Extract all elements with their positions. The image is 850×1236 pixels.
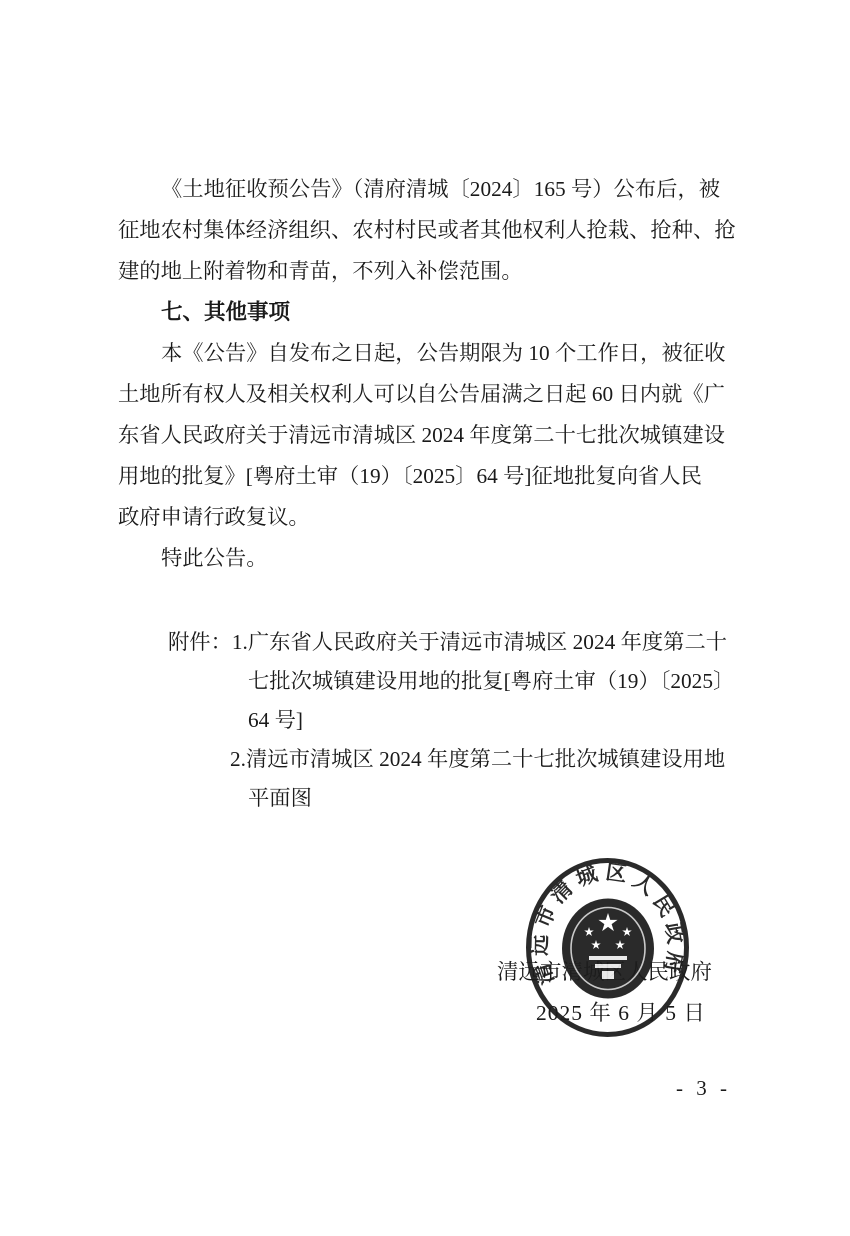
- document-page: 《土地征收预公告》（清府清城〔2024〕165 号）公布后，被 征地农村集体经济…: [0, 0, 850, 1236]
- big-star-icon: [598, 913, 617, 931]
- attachment-item-line: 七批次城镇建设用地的批复[粤府土审（19）〔2025〕: [118, 662, 740, 701]
- body-line: 征地农村集体经济组织、农村村民或者其他权利人抢栽、抢种、抢: [118, 210, 740, 251]
- body-line: 政府申请行政复议。: [118, 497, 740, 538]
- attachment-item-line: 1.广东省人民政府关于清远市清城区 2024 年度第二十: [232, 623, 727, 662]
- small-star-icon: [622, 927, 632, 936]
- document-body: 《土地征收预公告》（清府清城〔2024〕165 号）公布后，被 征地农村集体经济…: [118, 169, 740, 579]
- small-star-icon: [584, 927, 594, 936]
- attachment-label: 附件：: [168, 623, 232, 662]
- small-star-icon: [591, 940, 601, 949]
- small-star-icon: [615, 940, 625, 949]
- closing-line: 特此公告。: [118, 538, 740, 579]
- body-line: 本《公告》自发布之日起，公告期限为 10 个工作日，被征收: [118, 333, 740, 374]
- attachment-row: 附件： 1.广东省人民政府关于清远市清城区 2024 年度第二十: [118, 623, 740, 662]
- attachment-item-line: 2.清远市清城区 2024 年度第二十七批次城镇建设用地: [118, 740, 740, 779]
- body-line: 用地的批复》[粤府土审（19）〔2025〕64 号]征地批复向省人民: [118, 456, 740, 497]
- body-line: 土地所有权人及相关权利人可以自公告届满之日起 60 日内就《广: [118, 374, 740, 415]
- attachment-item-line: 64 号]: [118, 701, 740, 740]
- page-number: - 3 -: [676, 1076, 731, 1101]
- attachment-item-line: 平面图: [118, 779, 740, 818]
- issue-date: 2025 年 6 月 5 日: [536, 996, 706, 1027]
- body-line: 《土地征收预公告》（清府清城〔2024〕165 号）公布后，被: [118, 169, 740, 210]
- issuer-name: 清远市清城区人民政府: [497, 955, 712, 986]
- section-heading: 七、其他事项: [118, 292, 740, 333]
- body-line: 东省人民政府关于清远市清城区 2024 年度第二十七批次城镇建设: [118, 415, 740, 456]
- body-line: 建的地上附着物和青苗，不列入补偿范围。: [118, 251, 740, 292]
- attachment-block: 附件： 1.广东省人民政府关于清远市清城区 2024 年度第二十 七批次城镇建设…: [118, 623, 740, 818]
